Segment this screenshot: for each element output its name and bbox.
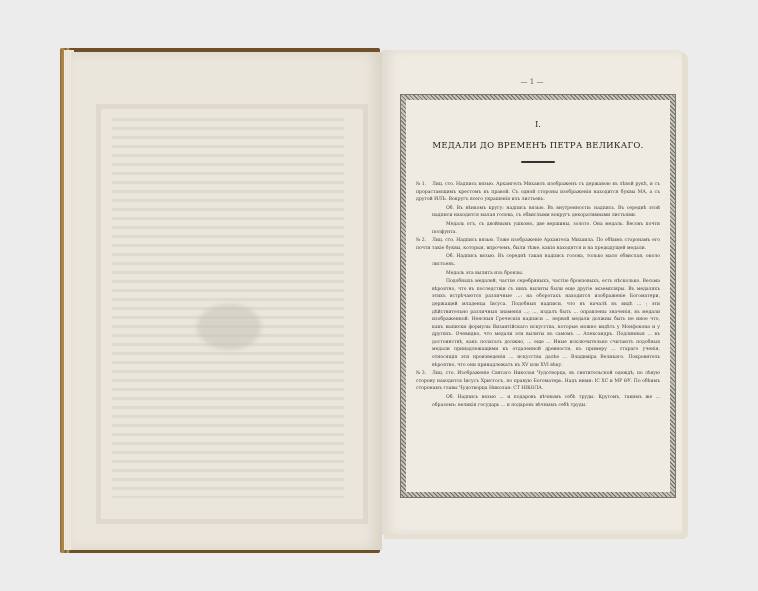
chapter-number: I.	[416, 120, 660, 129]
right-page: — 1 — I. МЕДАЛИ ДО ВРЕМЕНЪ ПЕТРА ВЕЛИКАГ…	[382, 50, 682, 535]
entry-number: № 1.	[416, 181, 432, 189]
entry-number: № 2.	[416, 237, 432, 245]
paper-stain	[197, 304, 261, 350]
entry-paragraph: Лиц. сто. Надпись вязью. Тоже изображені…	[416, 238, 660, 251]
entry-paragraph: Лиц. сто. Изображеніе Святаго Николая Чу…	[416, 371, 660, 391]
entry-paragraph: Лиц. сто. Надпись вязью. Архангелъ Михаи…	[416, 182, 660, 202]
entry-1: № 1.Лиц. сто. Надпись вязью. Архангелъ М…	[416, 181, 660, 204]
entry-paragraph: Медаль эта вылита изъ бронзы.	[416, 270, 660, 278]
folio-number: — 1 —	[382, 78, 682, 86]
entry-paragraph: Об. Въ вѣнкомъ кругу: надпись вязью. Въ …	[416, 205, 660, 220]
entry-paragraph: Медаль отъ, съ двойнымъ ушкомъ, две верш…	[416, 221, 660, 236]
decorative-rule	[521, 161, 555, 163]
entry-3: № 3.Лиц. сто. Изображеніе Святаго Никола…	[416, 370, 660, 393]
entry-number: № 3.	[416, 370, 432, 378]
chapter-title: МЕДАЛИ ДО ВРЕМЕНЪ ПЕТРА ВЕЛИКАГО.	[416, 141, 660, 151]
entry-paragraph: Об. Надпись вязью ... и подаровъ вѣчнымъ…	[416, 394, 660, 409]
entry-2: № 2.Лиц. сто. Надпись вязью. Тоже изобра…	[416, 237, 660, 252]
ornamental-border-frame: I. МЕДАЛИ ДО ВРЕМЕНЪ ПЕТРА ВЕЛИКАГО. № 1…	[400, 94, 676, 498]
entry-paragraph: Подобныхъ медалей, частію серебряныхъ, ч…	[416, 278, 660, 369]
entry-paragraph: Об. Надпись вязью. Въ середнѣ такая надп…	[416, 253, 660, 268]
